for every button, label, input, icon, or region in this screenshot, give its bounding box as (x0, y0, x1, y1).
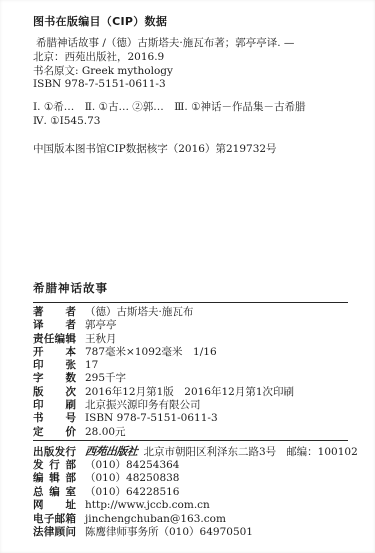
cip-description-line: 北京：西苑出版社，2016.9 (33, 51, 348, 65)
row-value: （010）48250838 (85, 472, 180, 486)
table-row: 印刷 北京振兴源印务有限公司 (33, 399, 348, 412)
publication-info-table: 著者 （德）古斯塔夫·施瓦布 译者 郭亭亭 责任编辑 王秋月 开本 787毫米×… (33, 306, 348, 439)
row-value: jinchengchuban@163.com (85, 513, 226, 527)
row-label: 书号 (33, 412, 76, 425)
row-value: （010）84254364 (85, 459, 180, 473)
cip-description-line: ISBN 978-7-5151-0611-3 (33, 78, 348, 92)
row-value: 陈鹰律师事务所（010）64970501 (85, 526, 253, 540)
table-row: 著者 （德）古斯塔夫·施瓦布 (33, 306, 348, 319)
cip-classification: Ⅰ. ①希… Ⅱ. ①古… ②郭… Ⅲ. ①神话－作品集－古希腊 Ⅳ. ①I54… (33, 100, 348, 128)
row-value: http://www.jccb.com.cn (85, 499, 210, 513)
publisher-info-table: 出版发行 西苑出版社 北京市朝阳区利泽东二路3号 邮编：100102 发行部 （… (33, 440, 348, 540)
row-value: 北京振兴源印务有限公司 (85, 399, 201, 412)
table-row: 责任编辑 王秋月 (33, 333, 348, 346)
publisher-postcode: 邮编：100102 (286, 446, 358, 460)
row-label: 版次 (33, 386, 76, 399)
row-label: 总编室 (33, 486, 76, 500)
row-value: 787毫米×1092毫米 1/16 (85, 346, 217, 359)
cip-description: 希腊神话故事 /（德）古斯塔夫·施瓦布著；郭亭亭译. — 北京：西苑出版社，20… (33, 37, 348, 92)
table-row: 发行部 （010）84254364 (33, 459, 348, 473)
classification-line-1: Ⅰ. ①希… Ⅱ. ①古… ②郭… Ⅲ. ①神话－作品集－古希腊 (33, 100, 348, 114)
publisher-logo-text: 西苑出版社 (84, 445, 138, 459)
cip-description-line: 书名原文: Greek mythology (33, 65, 348, 79)
row-value: 2016年12月第1版 2016年12月第1次印刷 (85, 386, 294, 399)
row-label: 著者 (33, 306, 76, 319)
row-value: （德）古斯塔夫·施瓦布 (85, 306, 193, 319)
row-label: 字数 (33, 372, 76, 385)
cip-registry-number: 中国版本图书馆CIP数据核字（2016）第219732号 (33, 141, 348, 156)
row-label: 出版发行 (33, 446, 76, 460)
copyright-page: 图书在版编目（CIP）数据 希腊神话故事 /（德）古斯塔夫·施瓦布著；郭亭亭译.… (0, 0, 375, 553)
table-row: 定价 28.00元 (33, 426, 348, 439)
table-row: 印张 17 (33, 359, 348, 372)
row-value: ISBN 978-7-5151-0611-3 (85, 412, 218, 425)
table-row: 版次 2016年12月第1版 2016年12月第1次印刷 (33, 386, 348, 399)
row-label: 定价 (33, 426, 76, 439)
row-label: 发行部 (33, 459, 76, 473)
table-row: 开本 787毫米×1092毫米 1/16 (33, 346, 348, 359)
row-value: 17 (85, 359, 98, 372)
cip-description-line: 希腊神话故事 /（德）古斯塔夫·施瓦布著；郭亭亭译. — (33, 37, 348, 51)
row-label: 印张 (33, 359, 76, 372)
row-label: 法律顾问 (33, 526, 76, 540)
row-label: 责任编辑 (33, 333, 76, 346)
row-label: 电子邮箱 (33, 513, 76, 527)
row-value: （010）64228516 (85, 486, 180, 500)
publisher-address: 北京市朝阳区利泽东二路3号 (144, 446, 277, 460)
row-value: 295千字 (85, 372, 126, 385)
table-row: 编辑部 （010）48250838 (33, 472, 348, 486)
row-label: 译者 (33, 319, 76, 332)
classification-line-2: Ⅳ. ①I545.73 (33, 114, 348, 128)
table-row: 电子邮箱 jinchengchuban@163.com (33, 513, 348, 527)
book-title-block: 希腊神话故事 (33, 277, 348, 303)
row-label: 开本 (33, 346, 76, 359)
table-row: 法律顾问 陈鹰律师事务所（010）64970501 (33, 526, 348, 540)
table-row: 书号 ISBN 978-7-5151-0611-3 (33, 412, 348, 425)
book-title: 希腊神话故事 (33, 281, 108, 295)
table-row: 总编室 （010）64228516 (33, 486, 348, 500)
row-value: 28.00元 (85, 426, 126, 439)
cip-heading: 图书在版编目（CIP）数据 (33, 13, 348, 29)
distribution-row: 出版发行 西苑出版社 北京市朝阳区利泽东二路3号 邮编：100102 (33, 445, 348, 459)
row-label: 网址 (33, 499, 76, 513)
row-value: 王秋月 (85, 333, 117, 346)
table-row: 字数 295千字 (33, 372, 348, 385)
table-row: 译者 郭亭亭 (33, 319, 348, 332)
table-row: 网址 http://www.jccb.com.cn (33, 499, 348, 513)
row-label: 印刷 (33, 399, 76, 412)
row-label: 编辑部 (33, 472, 76, 486)
row-value: 郭亭亭 (85, 319, 117, 332)
